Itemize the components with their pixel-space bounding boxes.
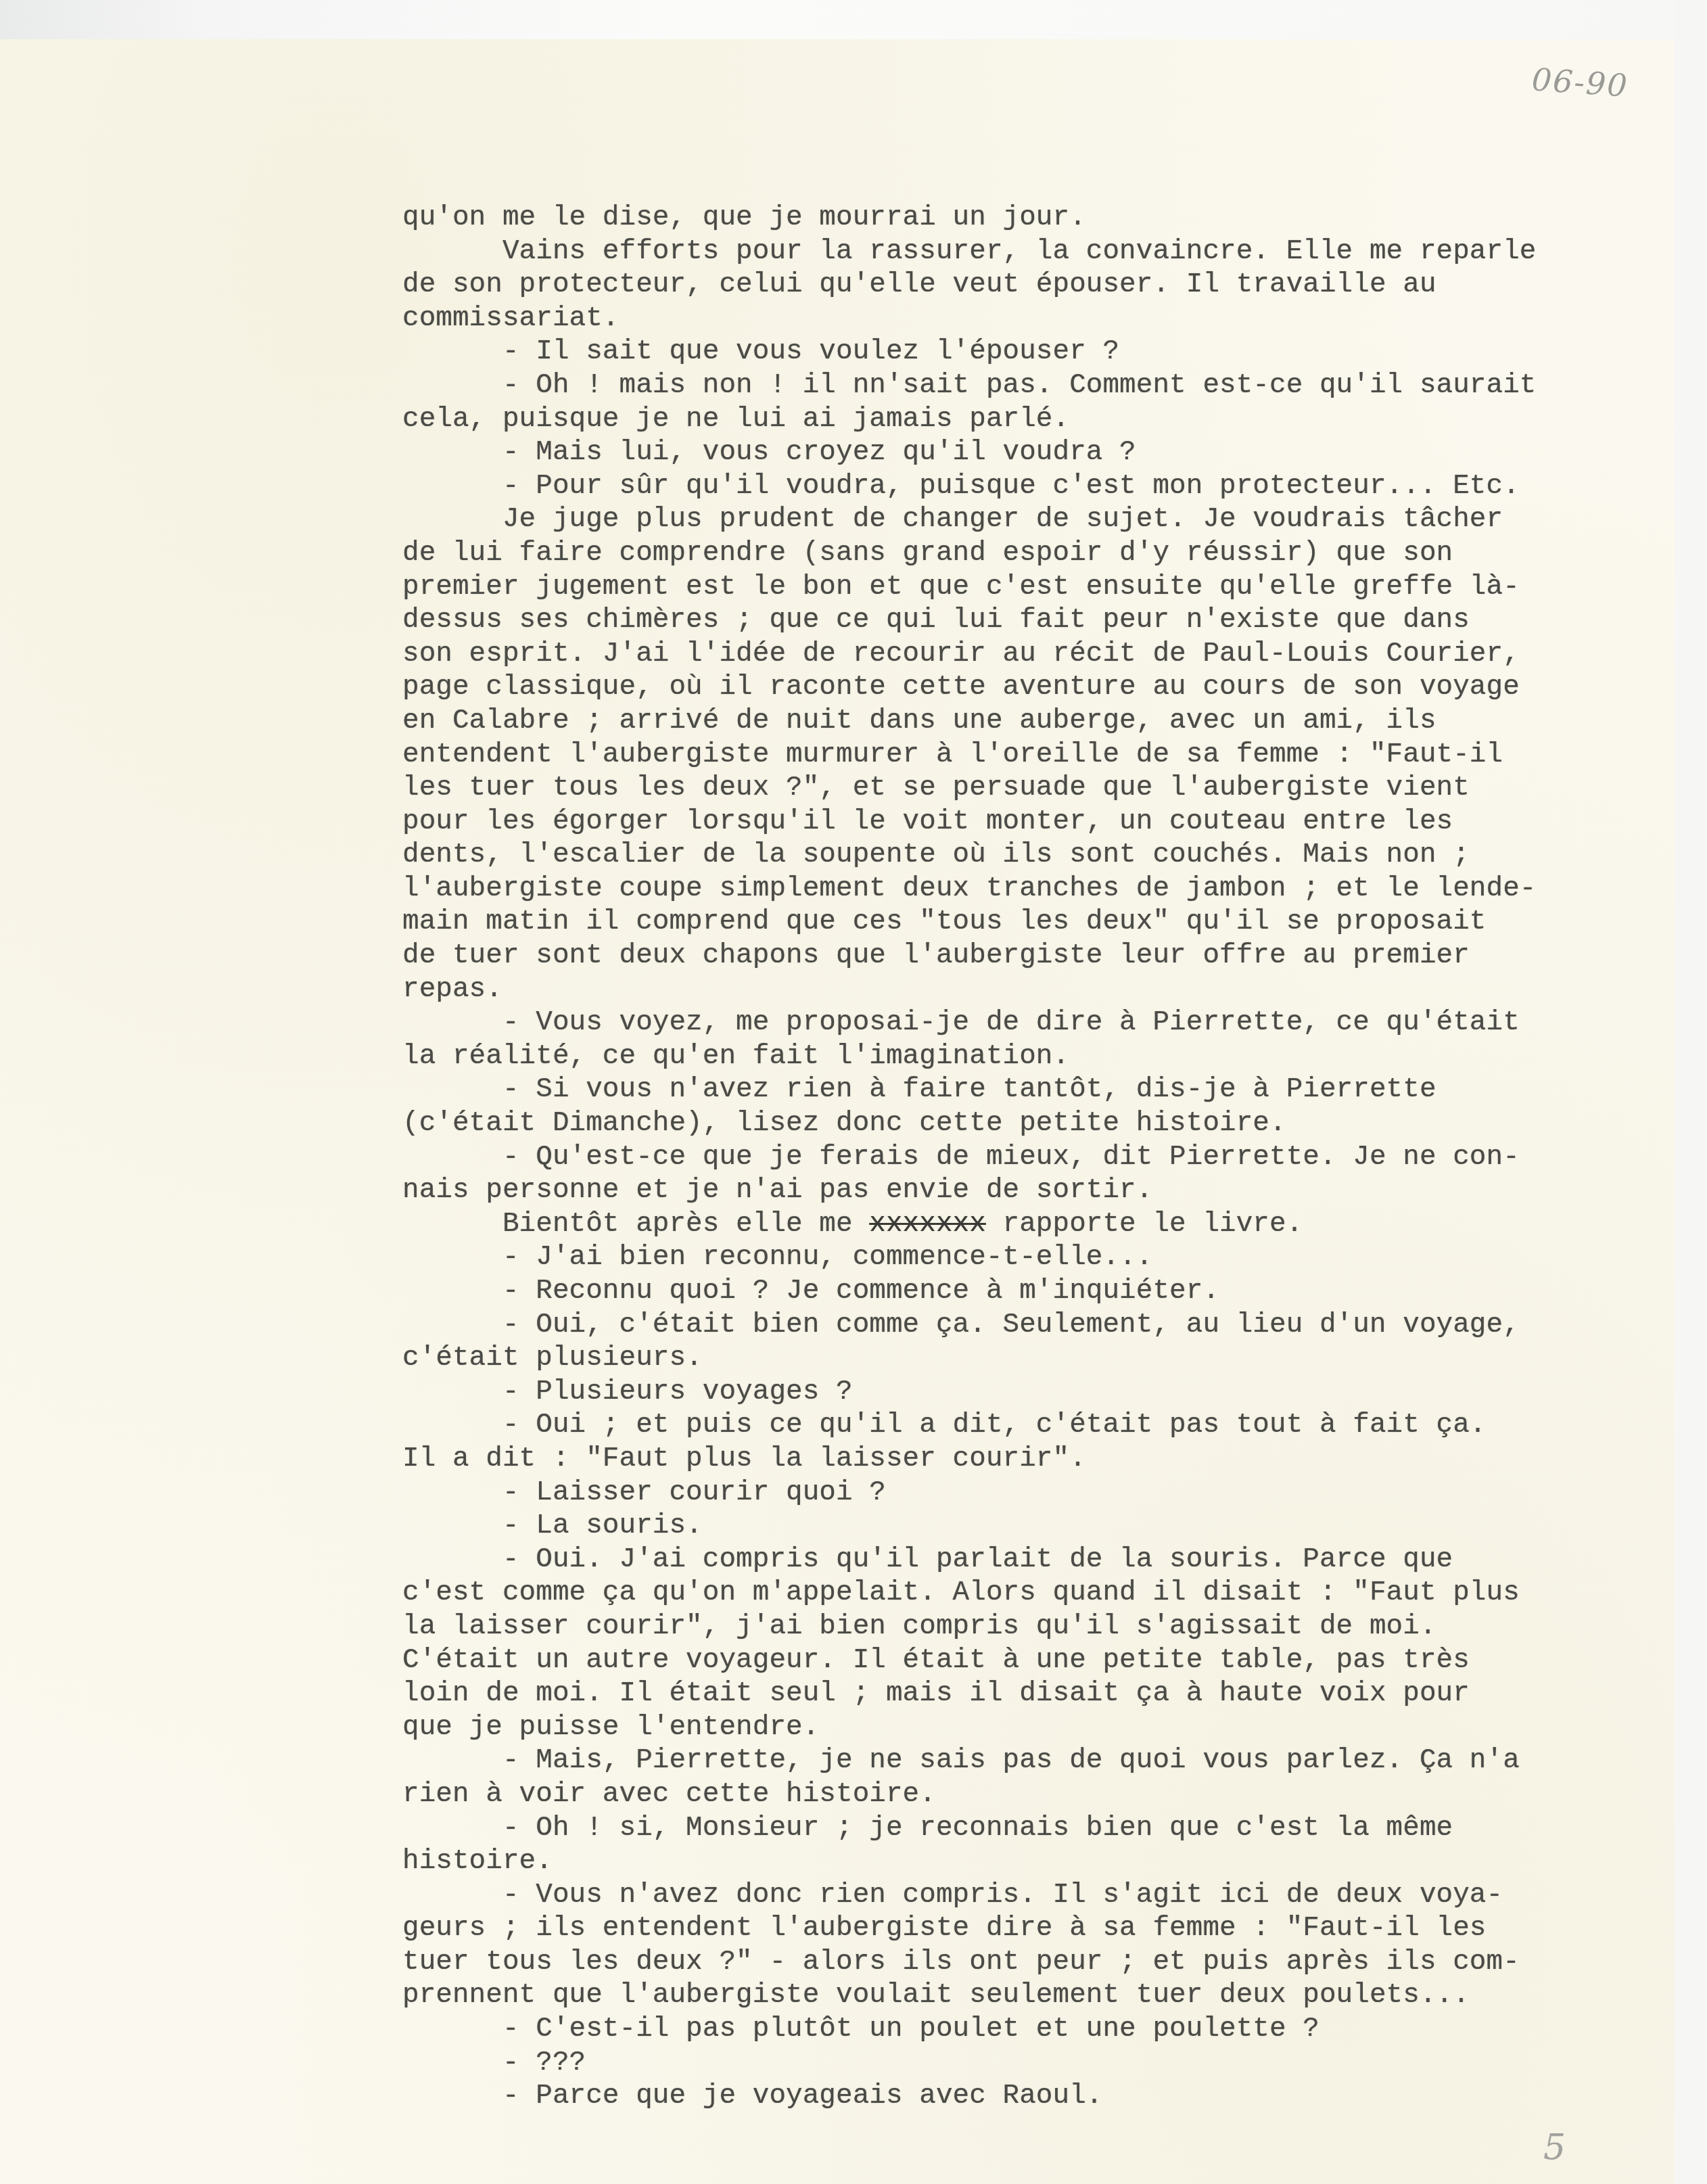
text-line: repas. bbox=[402, 973, 1687, 1007]
text-line: - Oui ; et puis ce qu'il a dit, c'était … bbox=[402, 1409, 1687, 1443]
line-text: la réalité, ce qu'en fait l'imagination. bbox=[402, 1041, 1069, 1072]
text-line: prennent que l'aubergiste voulait seulem… bbox=[402, 1979, 1687, 2013]
line-text: tuer tous les deux ?" - alors ils ont pe… bbox=[402, 1947, 1520, 1978]
text-line: - Reconnu quoi ? Je commence à m'inquiét… bbox=[402, 1275, 1687, 1309]
line-text: les tuer tous les deux ?", et se persuad… bbox=[402, 772, 1470, 804]
text-line: Vains efforts pour la rassurer, la conva… bbox=[402, 235, 1687, 269]
line-text: de son protecteur, celui qu'elle veut ép… bbox=[402, 269, 1436, 300]
line-text: la laisser courir", j'ai bien compris qu… bbox=[402, 1611, 1436, 1642]
line-text: l'aubergiste coupe simplement deux tranc… bbox=[402, 873, 1536, 904]
line-text: en Calabre ; arrivé de nuit dans une aub… bbox=[402, 705, 1436, 737]
text-line: l'aubergiste coupe simplement deux tranc… bbox=[402, 873, 1687, 906]
line-text: qu'on me le dise, que je mourrai un jour… bbox=[402, 202, 1086, 233]
text-line: de lui faire comprendre (sans grand espo… bbox=[402, 537, 1687, 571]
text-line: qu'on me le dise, que je mourrai un jour… bbox=[402, 202, 1687, 235]
text-line: Bientôt après elle me xxxxxxx rapporte l… bbox=[402, 1208, 1687, 1242]
text-line: c'était plusieurs. bbox=[402, 1342, 1687, 1376]
line-text: C'était un autre voyageur. Il était à un… bbox=[402, 1645, 1470, 1676]
scan-background-top bbox=[0, 0, 1707, 39]
line-text: - Vous voyez, me proposai-je de dire à P… bbox=[402, 1007, 1520, 1038]
line-text: de lui faire comprendre (sans grand espo… bbox=[402, 538, 1453, 569]
handwritten-page-number: 5 bbox=[1543, 2127, 1566, 2168]
text-line: - Qu'est-ce que je ferais de mieux, dit … bbox=[402, 1141, 1687, 1175]
text-line: - Il sait que vous voulez l'épouser ? bbox=[402, 335, 1687, 369]
text-line: pour les égorger lorsqu'il le voit monte… bbox=[402, 806, 1687, 839]
line-text: Vains efforts pour la rassurer, la conva… bbox=[402, 236, 1536, 267]
text-line: - Oui, c'était bien comme ça. Seulement,… bbox=[402, 1309, 1687, 1343]
text-line: - Parce que je voyageais avec Raoul. bbox=[402, 2080, 1687, 2114]
text-line: rien à voir avec cette histoire. bbox=[402, 1778, 1687, 1812]
line-text: Bientôt après elle me bbox=[402, 1209, 869, 1240]
text-line: dents, l'escalier de la soupente où ils … bbox=[402, 839, 1687, 873]
line-text: - Parce que je voyageais avec Raoul. bbox=[402, 2081, 1102, 2112]
text-line: page classique, où il raconte cette aven… bbox=[402, 671, 1687, 705]
text-line: cela, puisque je ne lui ai jamais parlé. bbox=[402, 403, 1687, 437]
text-line: histoire. bbox=[402, 1845, 1687, 1879]
line-text: - Laisser courir quoi ? bbox=[402, 1477, 886, 1508]
line-text: Je juge plus prudent de changer de sujet… bbox=[402, 504, 1503, 535]
line-text: - Oui, c'était bien comme ça. Seulement,… bbox=[402, 1309, 1520, 1341]
line-text: prennent que l'aubergiste voulait seulem… bbox=[402, 1980, 1470, 2011]
line-text: - Qu'est-ce que je ferais de mieux, dit … bbox=[402, 1142, 1520, 1173]
line-text: c'était plusieurs. bbox=[402, 1343, 703, 1374]
text-line: - Vous voyez, me proposai-je de dire à P… bbox=[402, 1006, 1687, 1040]
text-line: - Mais lui, vous croyez qu'il voudra ? bbox=[402, 436, 1687, 470]
line-text: - Reconnu quoi ? Je commence à m'inquiét… bbox=[402, 1276, 1219, 1307]
line-text: de tuer sont deux chapons que l'aubergis… bbox=[402, 940, 1470, 971]
line-text: son esprit. J'ai l'idée de recourir au r… bbox=[402, 638, 1520, 670]
line-text: nais personne et je n'ai pas envie de so… bbox=[402, 1175, 1152, 1206]
text-line: - Oh ! si, Monsieur ; je reconnais bien … bbox=[402, 1812, 1687, 1846]
line-text: repas. bbox=[402, 974, 502, 1005]
text-line: commissariat. bbox=[402, 302, 1687, 336]
line-text: dents, l'escalier de la soupente où ils … bbox=[402, 839, 1470, 870]
line-text-continued: rapporte le livre. bbox=[986, 1209, 1303, 1240]
text-line: les tuer tous les deux ?", et se persuad… bbox=[402, 772, 1687, 806]
line-text: cela, puisque je ne lui ai jamais parlé. bbox=[402, 404, 1069, 435]
text-line: - Si vous n'avez rien à faire tantôt, di… bbox=[402, 1073, 1687, 1107]
text-line: - J'ai bien reconnu, commence-t-elle... bbox=[402, 1241, 1687, 1275]
text-line: loin de moi. Il était seul ; mais il dis… bbox=[402, 1677, 1687, 1711]
line-text: main matin il comprend que ces "tous les… bbox=[402, 906, 1487, 937]
line-text: - Oh ! si, Monsieur ; je reconnais bien … bbox=[402, 1813, 1453, 1844]
line-text: c'est comme ça qu'on m'appelait. Alors q… bbox=[402, 1577, 1520, 1608]
line-text: - Vous n'avez donc rien compris. Il s'ag… bbox=[402, 1880, 1503, 1911]
text-line: - Mais, Pierrette, je ne sais pas de quo… bbox=[402, 1744, 1687, 1778]
line-text: page classique, où il raconte cette aven… bbox=[402, 672, 1520, 703]
text-line: la réalité, ce qu'en fait l'imagination. bbox=[402, 1040, 1687, 1074]
line-text: - Il sait que vous voulez l'épouser ? bbox=[402, 336, 1119, 367]
line-text: - Oh ! mais non ! il nn'sait pas. Commen… bbox=[402, 370, 1536, 401]
text-line: geurs ; ils entendent l'aubergiste dire … bbox=[402, 1912, 1687, 1946]
text-line: C'était un autre voyageur. Il était à un… bbox=[402, 1644, 1687, 1678]
struck-out-word: xxxxxxx bbox=[869, 1209, 986, 1240]
text-line: nais personne et je n'ai pas envie de so… bbox=[402, 1174, 1687, 1208]
text-line: de tuer sont deux chapons que l'aubergis… bbox=[402, 939, 1687, 973]
text-line: son esprit. J'ai l'idée de recourir au r… bbox=[402, 638, 1687, 672]
line-text: - Oui. J'ai compris qu'il parlait de la … bbox=[402, 1544, 1453, 1575]
line-text: - C'est-il pas plutôt un poulet et une p… bbox=[402, 2014, 1319, 2045]
line-text: pour les égorger lorsqu'il le voit monte… bbox=[402, 806, 1453, 837]
text-line: (c'était Dimanche), lisez donc cette pet… bbox=[402, 1107, 1687, 1141]
line-text: - Oui ; et puis ce qu'il a dit, c'était … bbox=[402, 1410, 1487, 1441]
line-text: - Plusieurs voyages ? bbox=[402, 1376, 853, 1408]
text-line: entendent l'aubergiste murmurer à l'orei… bbox=[402, 739, 1687, 772]
text-line: Il a dit : "Faut plus la laisser courir"… bbox=[402, 1443, 1687, 1477]
line-text: - ??? bbox=[402, 2047, 586, 2078]
line-text: - Si vous n'avez rien à faire tantôt, di… bbox=[402, 1074, 1436, 1105]
text-line: - Plusieurs voyages ? bbox=[402, 1376, 1687, 1410]
line-text: - Pour sûr qu'il voudra, puisque c'est m… bbox=[402, 471, 1520, 502]
line-text: commissariat. bbox=[402, 303, 619, 334]
text-line: dessus ses chimères ; que ce qui lui fai… bbox=[402, 604, 1687, 638]
line-text: rien à voir avec cette histoire. bbox=[402, 1779, 936, 1810]
line-text: - Mais, Pierrette, je ne sais pas de quo… bbox=[402, 1745, 1520, 1776]
text-line: que je puisse l'entendre. bbox=[402, 1711, 1687, 1745]
line-text: que je puisse l'entendre. bbox=[402, 1712, 819, 1743]
line-text: loin de moi. Il était seul ; mais il dis… bbox=[402, 1678, 1470, 1709]
text-line: premier jugement est le bon et que c'est… bbox=[402, 571, 1687, 605]
typescript-body: qu'on me le dise, que je mourrai un jour… bbox=[402, 202, 1687, 2114]
line-text: dessus ses chimères ; que ce qui lui fai… bbox=[402, 605, 1470, 636]
text-line: - Pour sûr qu'il voudra, puisque c'est m… bbox=[402, 470, 1687, 504]
line-text: (c'était Dimanche), lisez donc cette pet… bbox=[402, 1108, 1286, 1139]
text-line: de son protecteur, celui qu'elle veut ép… bbox=[402, 269, 1687, 302]
text-line: - C'est-il pas plutôt un poulet et une p… bbox=[402, 2013, 1687, 2047]
line-text: premier jugement est le bon et que c'est… bbox=[402, 572, 1520, 603]
text-line: Je juge plus prudent de changer de sujet… bbox=[402, 503, 1687, 537]
text-line: main matin il comprend que ces "tous les… bbox=[402, 906, 1687, 939]
text-line: - Oui. J'ai compris qu'il parlait de la … bbox=[402, 1543, 1687, 1577]
line-text: - La souris. bbox=[402, 1510, 703, 1541]
text-line: - Laisser courir quoi ? bbox=[402, 1477, 1687, 1510]
text-line: tuer tous les deux ?" - alors ils ont pe… bbox=[402, 1946, 1687, 1980]
line-text: Il a dit : "Faut plus la laisser courir"… bbox=[402, 1443, 1086, 1474]
text-line: - Vous n'avez donc rien compris. Il s'ag… bbox=[402, 1879, 1687, 1913]
text-line: c'est comme ça qu'on m'appelait. Alors q… bbox=[402, 1577, 1687, 1610]
text-line: - Oh ! mais non ! il nn'sait pas. Commen… bbox=[402, 369, 1687, 403]
line-text: entendent l'aubergiste murmurer à l'orei… bbox=[402, 739, 1503, 770]
text-line: - ??? bbox=[402, 2047, 1687, 2081]
text-line: en Calabre ; arrivé de nuit dans une aub… bbox=[402, 705, 1687, 739]
line-text: - Mais lui, vous croyez qu'il voudra ? bbox=[402, 437, 1136, 468]
text-line: la laisser courir", j'ai bien compris qu… bbox=[402, 1610, 1687, 1644]
line-text: histoire. bbox=[402, 1846, 553, 1877]
line-text: - J'ai bien reconnu, commence-t-elle... bbox=[402, 1242, 1152, 1273]
handwritten-archive-number: 06-90 bbox=[1530, 61, 1629, 104]
line-text: geurs ; ils entendent l'aubergiste dire … bbox=[402, 1913, 1487, 1944]
text-line: - La souris. bbox=[402, 1510, 1687, 1543]
